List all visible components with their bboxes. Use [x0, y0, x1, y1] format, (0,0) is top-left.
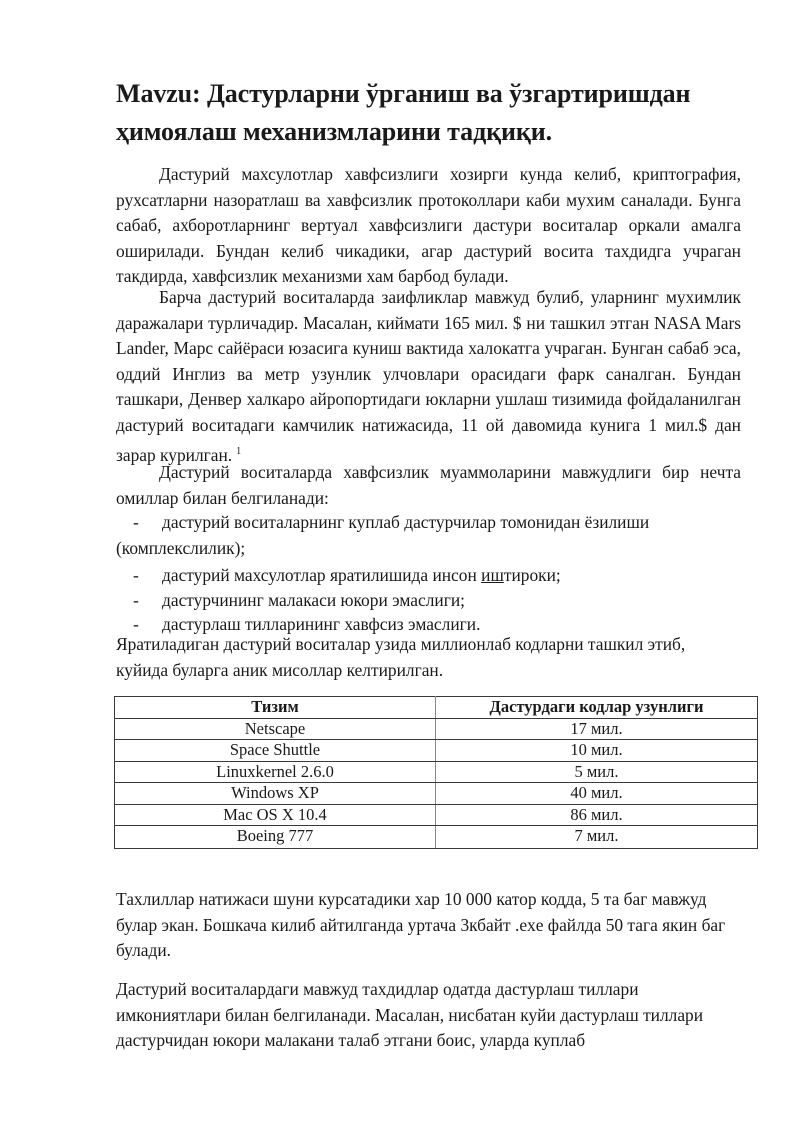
cell-code-length: 40 мил.	[435, 783, 757, 805]
page-title: Mavzu: Дастурларни ўрганиш ва ўзгартириш…	[116, 75, 756, 151]
cell-code-length: 7 мил.	[435, 826, 757, 849]
column-header-code-length: Дастурдаги кодлар узунлиги	[435, 697, 757, 719]
code-length-table: Тизим Дастурдаги кодлар узунлиги Netscap…	[114, 696, 758, 849]
table-row: Space Shuttle 10 мил.	[115, 740, 758, 762]
table-row: Linuxkernel 2.6.0 5 мил.	[115, 761, 758, 783]
table-header-row: Тизим Дастурдаги кодлар узунлиги	[115, 697, 758, 719]
cell-system: Linuxkernel 2.6.0	[115, 761, 436, 783]
cell-system: Netscape	[115, 718, 436, 740]
list-marker: -	[133, 588, 139, 613]
list-item-text-underlined: иш	[481, 565, 504, 585]
list-item-text: дастурий воситаларнинг куплаб дастурчила…	[116, 512, 649, 558]
paragraph-text: Тахлиллар натижаси шуни курсатадики хар …	[116, 887, 741, 964]
paragraph-body: Барча дастурий воситаларда заифликлар ма…	[116, 287, 741, 465]
cell-code-length: 17 мил.	[435, 718, 757, 740]
list-item-text: дастурчининг малакаси юкори эмаслиги;	[162, 590, 465, 610]
paragraph-text: Дастурий воситаларда хавфсизлик муаммола…	[116, 460, 741, 511]
column-header-system: Тизим	[115, 697, 436, 719]
cell-system: Space Shuttle	[115, 740, 436, 762]
cell-code-length: 10 мил.	[435, 740, 757, 762]
paragraph-text: Барча дастурий воситаларда заифликлар ма…	[116, 285, 741, 468]
paragraph-text: Дастурий воситалардаги мавжуд тахдидлар …	[116, 977, 741, 1054]
table-row: Mac OS X 10.4 86 мил.	[115, 804, 758, 826]
table-row: Netscape 17 мил.	[115, 718, 758, 740]
paragraph-analysis: Тахлиллар натижаси шуни курсатадики хар …	[116, 887, 741, 964]
cell-code-length: 5 мил.	[435, 761, 757, 783]
footnote-reference[interactable]: 1	[236, 446, 241, 457]
paragraph-threats: Дастурий воситалардаги мавжуд тахдидлар …	[116, 977, 741, 1054]
table-row: Windows XP 40 мил.	[115, 783, 758, 805]
cell-system: Windows XP	[115, 783, 436, 805]
paragraph-intro: Дастурий махсулотлар хавфсизлиги хозирги…	[116, 162, 741, 290]
document-page: Mavzu: Дастурларни ўрганиш ва ўзгартириш…	[0, 0, 800, 1131]
paragraph-examples: Барча дастурий воситаларда заифликлар ма…	[116, 285, 741, 468]
paragraph-text: Дастурий махсулотлар хавфсизлиги хозирги…	[116, 162, 741, 290]
paragraph-code-size: Яратиладиган дастурий воситалар узида ми…	[116, 632, 741, 683]
cell-code-length: 86 мил.	[435, 804, 757, 826]
list-item-text: тироки;	[504, 565, 561, 585]
cell-system: Boeing 777	[115, 826, 436, 849]
list-marker: -	[133, 563, 139, 588]
table-row: Boeing 777 7 мил.	[115, 826, 758, 849]
list-item: -дастурий воситаларнинг куплаб дастурчил…	[116, 510, 741, 561]
list-marker: -	[116, 510, 162, 536]
paragraph-text: Яратиладиган дастурий воситалар узида ми…	[116, 632, 741, 683]
list-item-text: дастурий махсулотлар яратилишида инсон	[162, 565, 481, 585]
paragraph-factors: Дастурий воситаларда хавфсизлик муаммола…	[116, 460, 741, 511]
list-item: -дастурий махсулотлар яратилишида инсон …	[116, 563, 741, 588]
list-item: -дастурчининг малакаси юкори эмаслиги;	[116, 588, 741, 613]
factor-list: -дастурий воситаларнинг куплаб дастурчил…	[116, 510, 741, 637]
cell-system: Mac OS X 10.4	[115, 804, 436, 826]
